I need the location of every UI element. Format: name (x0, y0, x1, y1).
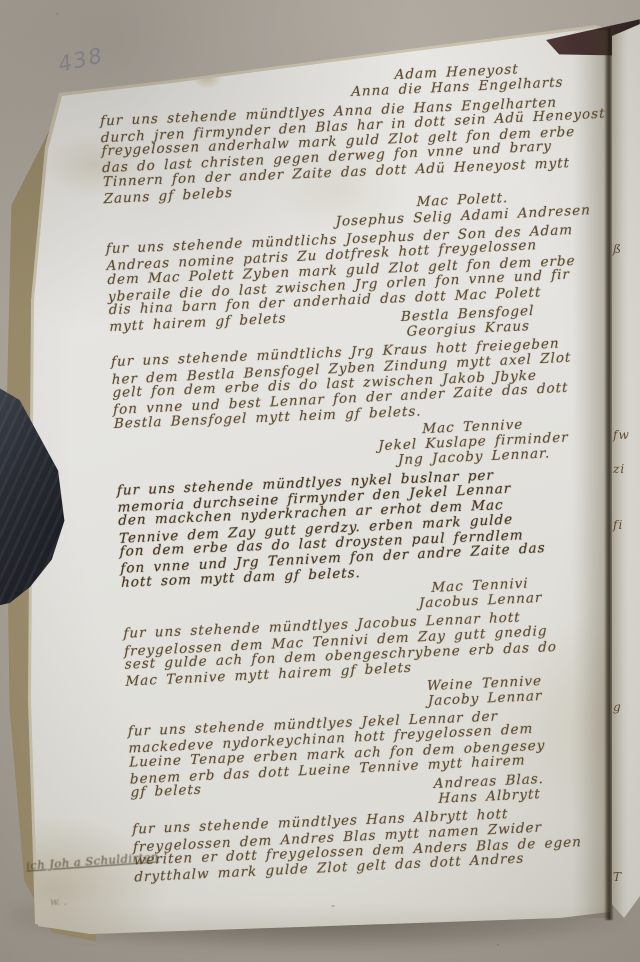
page-number: 438 (56, 43, 106, 77)
manuscript-paragraph-block: fur uns stehende mündtlyes Hans Albrytt … (132, 801, 639, 885)
bottom-scribble: w. . (50, 897, 67, 908)
text-area: Adam HeneyostAnna die Hans Engelhartsfur… (98, 59, 640, 917)
manuscript-photo: ß fw zi fi g T 438 Adam HeneyostAnna die… (0, 0, 640, 962)
manuscript-paragraph-block: fur uns stehende mündtlyes nykel buslnar… (117, 462, 626, 592)
facing-page-ink-mark: ß (613, 242, 622, 256)
